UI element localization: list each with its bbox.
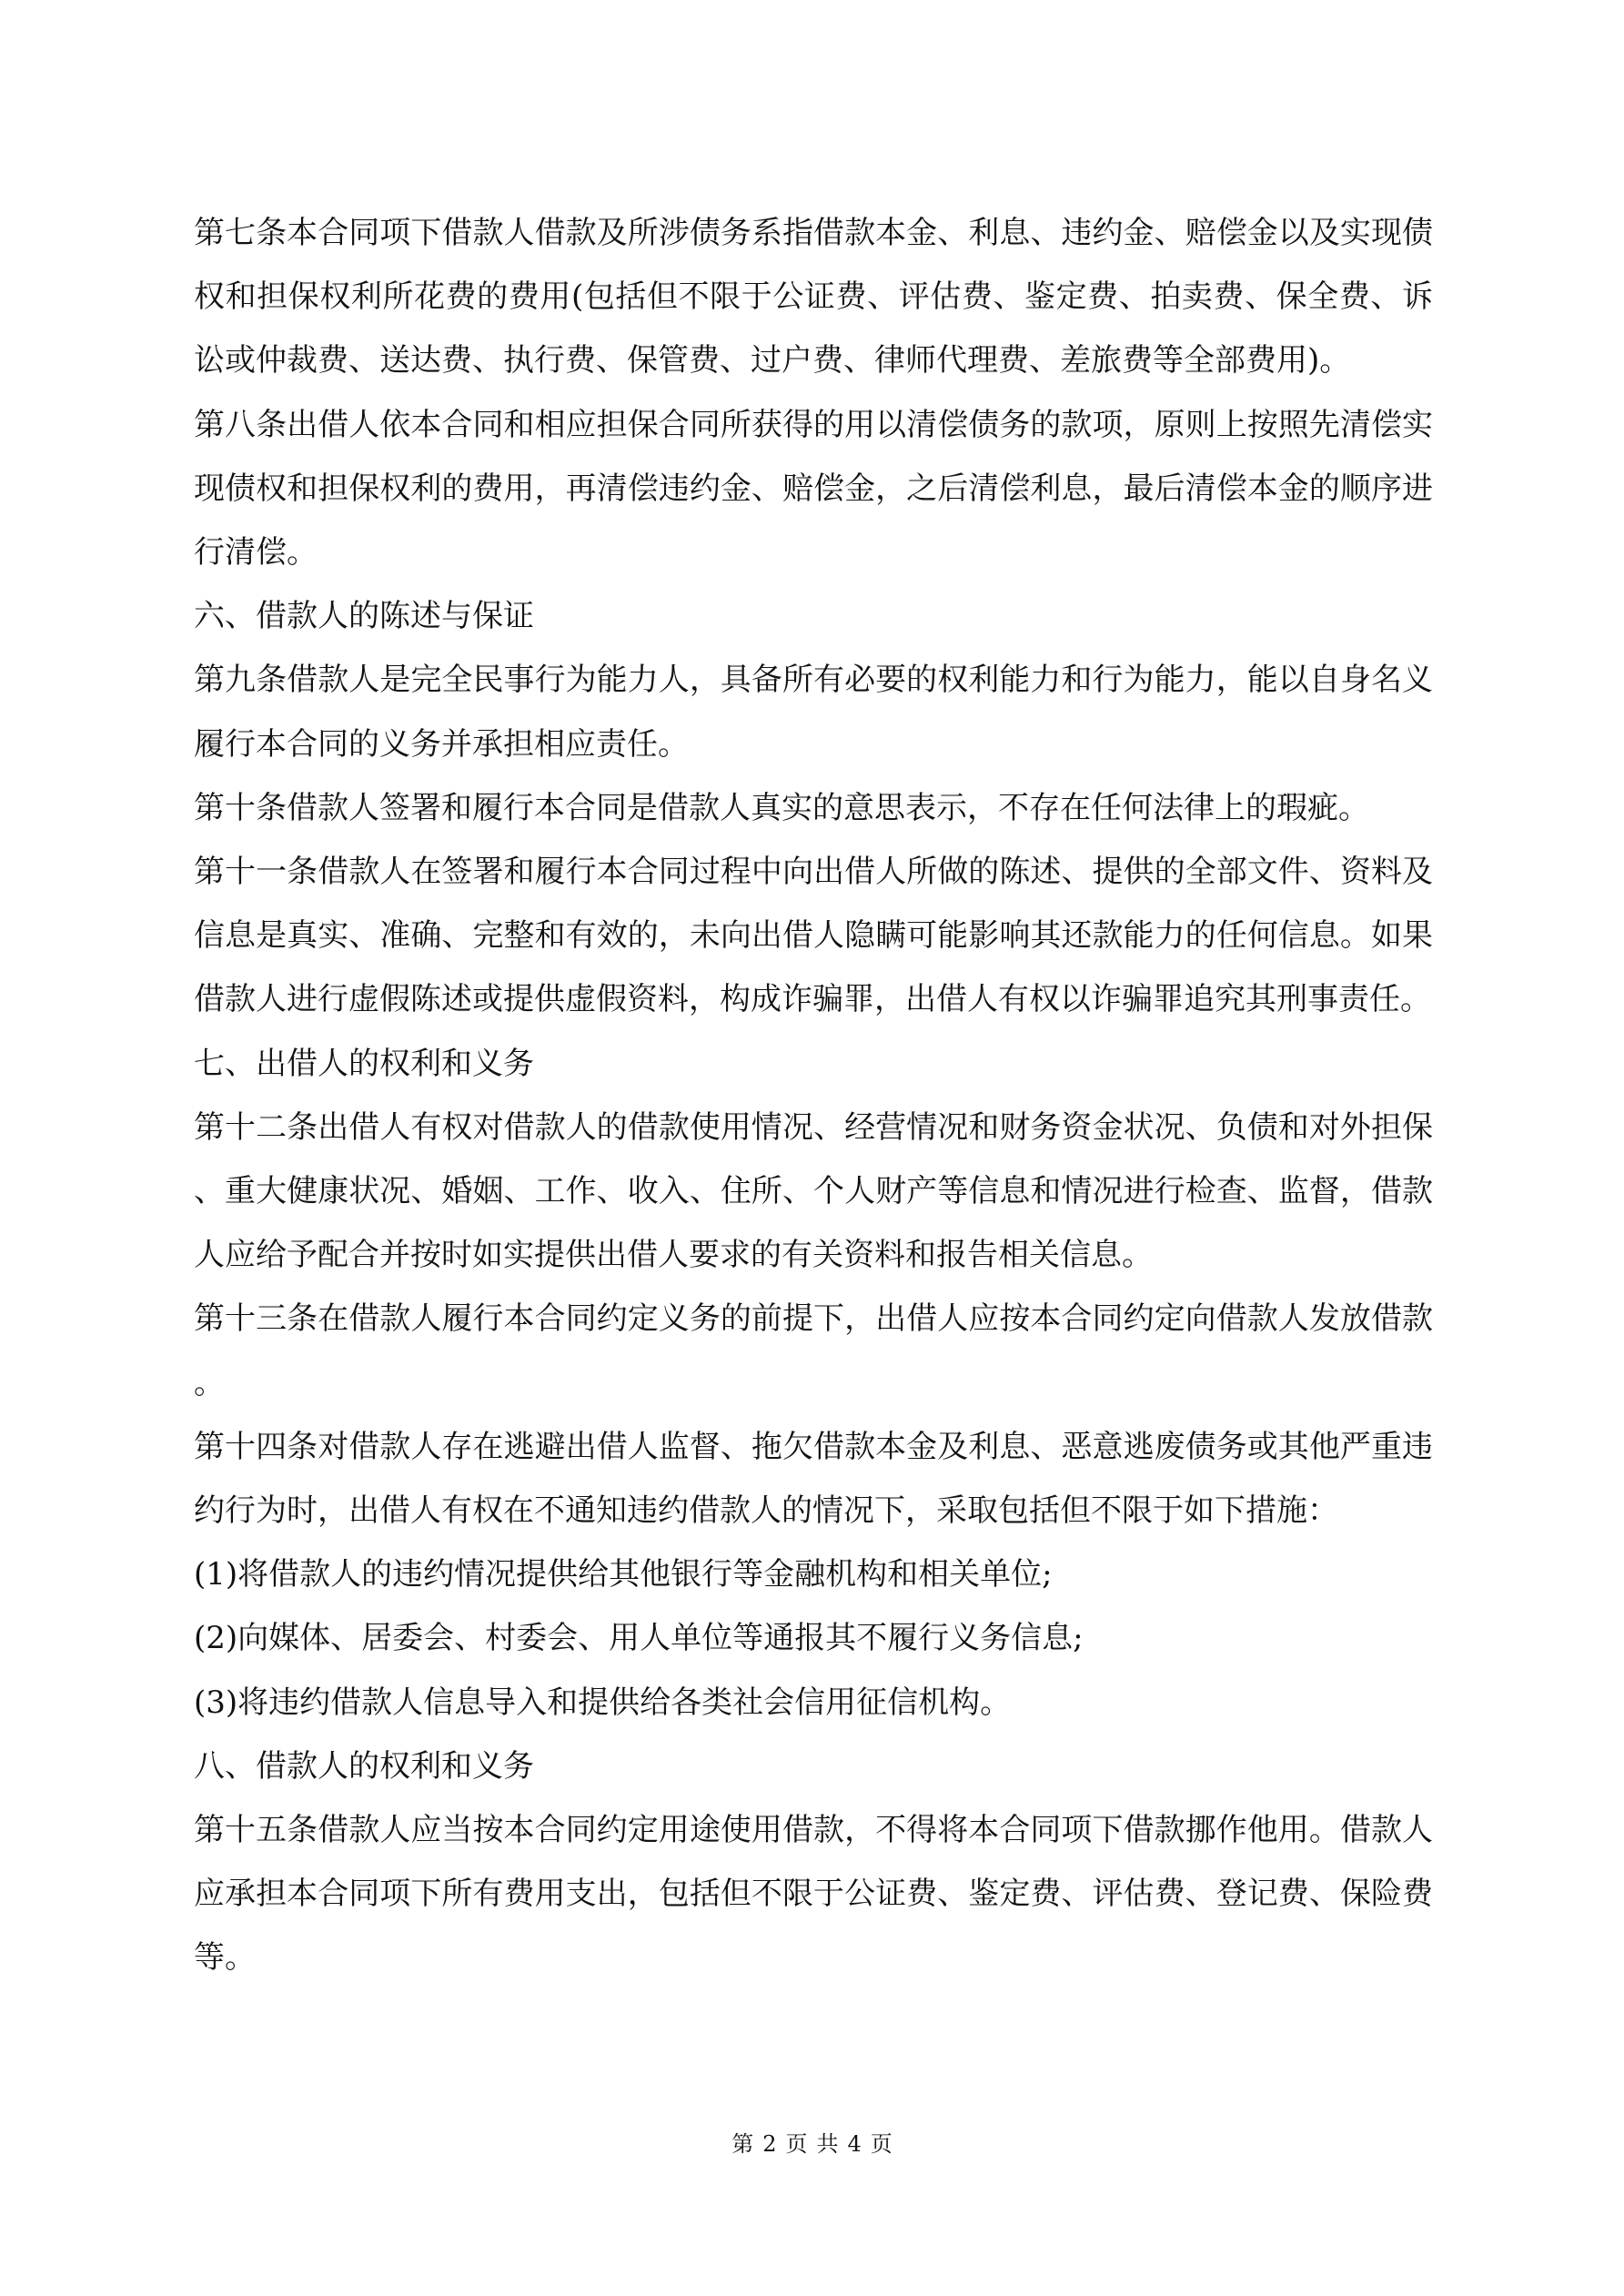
article-8: 第八条出借人依本合同和相应担保合同所获得的用以清偿债务的款项，原则上按照先清偿实… <box>194 393 1433 585</box>
article-7: 第七条本合同项下借款人借款及所涉债务系指借款本金、利息、违约金、赔偿金以及实现债… <box>194 201 1433 393</box>
section-heading-6: 六、借款人的陈述与保证 <box>194 584 1433 648</box>
page-footer: 第2页共4页 <box>0 2128 1624 2160</box>
measure-item-3: (3)将违约借款人信息导入和提供给各类社会信用征信机构。 <box>194 1671 1433 1735</box>
page-label: 页 <box>786 2131 808 2157</box>
section-heading-7: 七、出借人的权利和义务 <box>194 1032 1433 1096</box>
article-14: 第十四条对借款人存在逃避出借人监督、拖欠借款本金及利息、恶意逃废债务或其他严重违… <box>194 1415 1433 1542</box>
measure-item-2: (2)向媒体、居委会、村委会、用人单位等通报其不履行义务信息; <box>194 1606 1433 1670</box>
document-page: 第七条本合同项下借款人借款及所涉债务系指借款本金、利息、违约金、赔偿金以及实现债… <box>0 0 1624 2296</box>
page-prefix: 第 <box>731 2131 753 2157</box>
section-heading-8: 八、借款人的权利和义务 <box>194 1735 1433 1798</box>
article-10: 第十条借款人签署和履行本合同是借款人真实的意思表示，不存在任何法律上的瑕疵。 <box>194 776 1433 840</box>
page-suffix: 页 <box>871 2131 893 2157</box>
article-12: 第十二条出借人有权对借款人的借款使用情况、经营情况和财务资金状况、负债和对外担保… <box>194 1096 1433 1288</box>
current-page-number: 2 <box>762 2131 776 2157</box>
total-label: 共 <box>817 2131 839 2157</box>
total-pages-number: 4 <box>848 2131 862 2157</box>
document-body: 第七条本合同项下借款人借款及所涉债务系指借款本金、利息、违约金、赔偿金以及实现债… <box>194 201 1433 1990</box>
article-15: 第十五条借款人应当按本合同约定用途使用借款，不得将本合同项下借款挪作他用。借款人… <box>194 1798 1433 1990</box>
article-9: 第九条借款人是完全民事行为能力人，具备所有必要的权利能力和行为能力，能以自身名义… <box>194 648 1433 775</box>
measure-item-1: (1)将借款人的违约情况提供给其他银行等金融机构和相关单位; <box>194 1542 1433 1606</box>
article-13: 第十三条在借款人履行本合同约定义务的前提下，出借人应按本合同约定向借款人发放借款… <box>194 1287 1433 1414</box>
article-11: 第十一条借款人在签署和履行本合同过程中向出借人所做的陈述、提供的全部文件、资料及… <box>194 840 1433 1032</box>
